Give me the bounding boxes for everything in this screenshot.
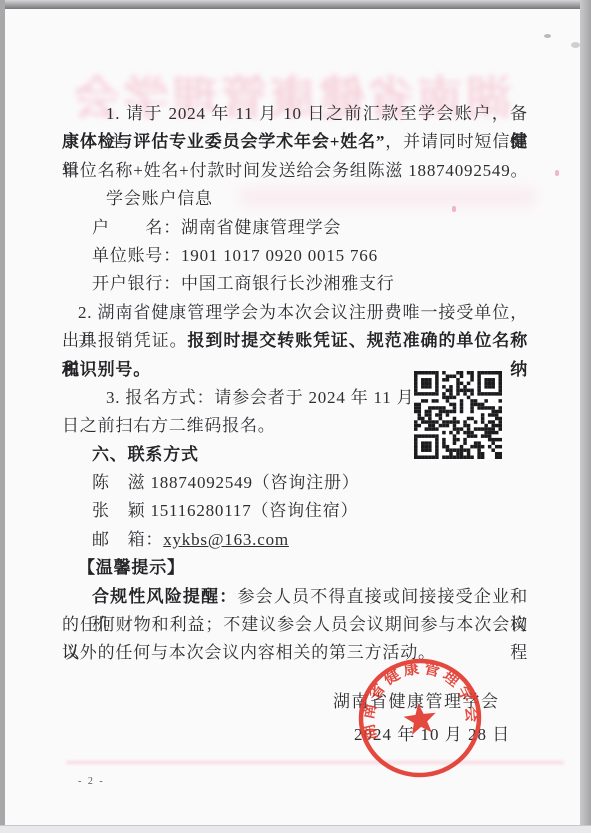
scan-border-top — [0, 0, 591, 9]
para-invoice-line: 2. 湖南省健康管理学会为本次会议注册费唯一接受单位，并 — [62, 299, 528, 327]
official-seal-stamp: 湖南省健康管理学会 — [347, 646, 494, 789]
text-run: 邮 箱： — [92, 530, 163, 549]
text-run: 单位名称+姓名+付款时间发送给会务组陈滋 18874092549。 — [62, 161, 528, 180]
bank-line: 开户银行：中国工商银行长沙湘雅支行 — [62, 270, 528, 298]
email-address: xykbs@163.com — [163, 530, 289, 549]
para-payment-line: 1. 请于 2024 年 11 月 10 日之前汇款至学会账户，备注“健 — [62, 100, 528, 128]
scan-dust-mark — [571, 42, 580, 48]
contact-line-zhangying: 张 颖 15116280117（咨询住宿） — [62, 497, 528, 525]
account-info-heading: 学会账户信息 — [62, 185, 528, 213]
notice-line: 的任何财物和利益；不建议参会人员会议期间参与本次会议议程 — [62, 611, 528, 639]
scan-border-right — [580, 0, 591, 833]
pink-speck — [555, 170, 559, 176]
seal-star-icon — [402, 701, 438, 736]
page-number: - 2 - — [78, 776, 105, 787]
text-run: 张 颖 15116280117（咨询住宿） — [92, 501, 358, 520]
scanned-document-page: 湖南省健康管理学会 1. 请于 2024 年 11 月 10 日之前汇款至学会账… — [0, 0, 591, 833]
text-run: 3. 报名方式：请参会者于 2024 年 11 月 10 — [106, 388, 438, 407]
text-run: 开户银行：中国工商银行长沙湘雅支行 — [92, 274, 395, 293]
scan-border-left — [0, 0, 5, 833]
text-run-bold: 税识别号。 — [62, 360, 151, 379]
para-payment-line: 单位名称+姓名+付款时间发送给会务组陈滋 18874092549。 — [62, 157, 528, 185]
text-run: 户 名：湖南省健康管理学会 — [92, 218, 341, 237]
scan-dust-mark — [544, 34, 551, 38]
text-run: 出具报销凭证。 — [62, 331, 188, 350]
contact-line-chenzi: 陈 滋 18874092549（咨询注册） — [62, 469, 528, 497]
text-run: 学会账户信息 — [106, 189, 213, 208]
text-run-bold: 合规性风险提醒： — [92, 587, 237, 606]
text-run: 陈 滋 18874092549（咨询注册） — [92, 473, 360, 492]
text-run-bold: 六、联系方式 — [92, 445, 199, 464]
text-run-bold: 【温馨提示】 — [78, 558, 185, 577]
notice-heading: 【温馨提示】 — [62, 554, 528, 582]
account-number-line: 单位账号：1901 1017 0920 0015 766 — [62, 242, 528, 270]
text-run-bold: 康体检与评估专业委员会学术年会+姓名” — [62, 132, 385, 151]
contact-line-email: 邮 箱：xykbs@163.com — [62, 526, 528, 554]
para-invoice-line: 出具报销凭证。报到时提交转账凭证、规范准确的单位名称和纳 — [62, 327, 528, 355]
text-run: 日之前扫右方二维码报名。 — [62, 416, 276, 435]
notice-line: 合规性风险提醒：参会人员不得直接或间接接受企业和机构 — [62, 583, 528, 611]
registration-qr-code — [414, 371, 502, 459]
para-payment-line: 康体检与评估专业委员会学术年会+姓名”，并请同时短信编辑 — [62, 128, 528, 156]
text-run: 单位账号：1901 1017 0920 0015 766 — [92, 246, 378, 265]
account-holder-line: 户 名：湖南省健康管理学会 — [62, 214, 528, 242]
scan-border-bottom — [0, 825, 591, 833]
